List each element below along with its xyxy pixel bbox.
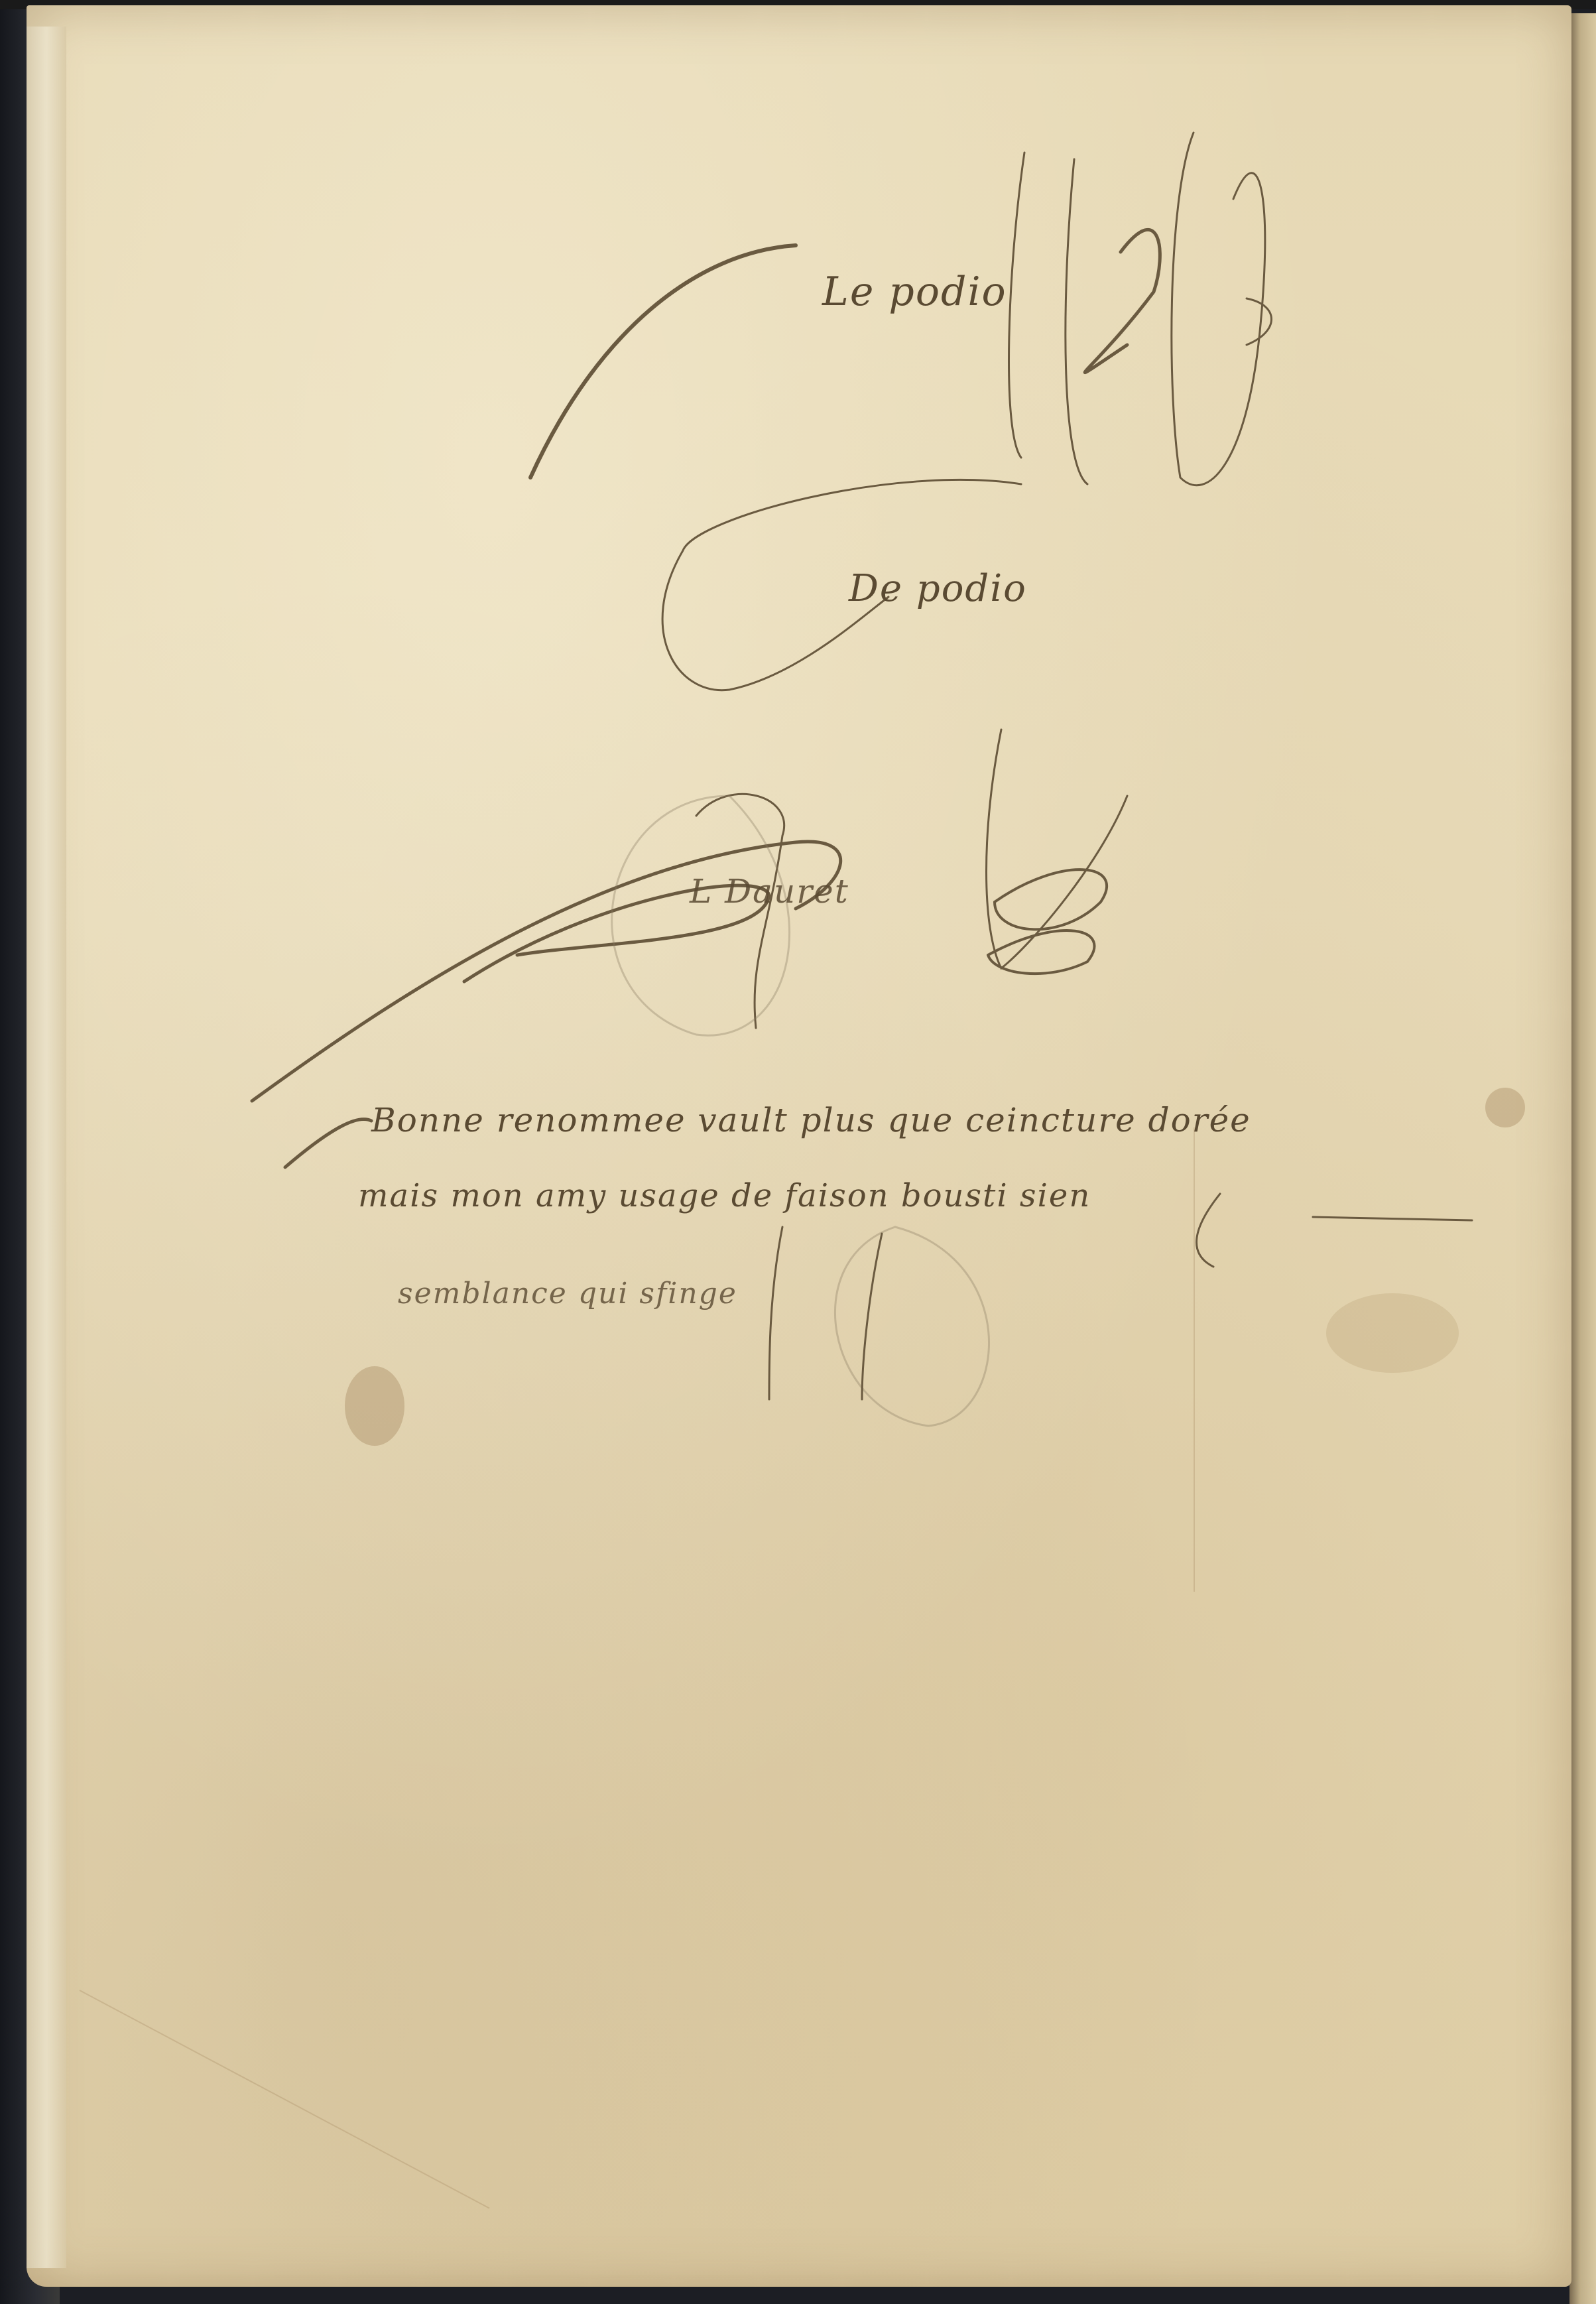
proverb-line-2: mais mon amy usage de faison bousti sien xyxy=(358,1177,1091,1214)
signature-le-podio: Le podio xyxy=(822,269,1007,315)
signature-de-podio: De podio xyxy=(849,567,1027,610)
ink-stain xyxy=(1326,1293,1459,1373)
proverb-line-1: Bonne renommee vault plus que ceincture … xyxy=(371,1101,1251,1139)
vertical-crease xyxy=(1194,1127,1195,1592)
page-frayed-edge xyxy=(27,27,66,2268)
ink-stain xyxy=(345,1366,404,1446)
page-right-edge xyxy=(1569,13,1596,2304)
ink-stain xyxy=(1485,1088,1525,1127)
signature-dauret: L Dauret xyxy=(690,872,849,911)
proverb-line-3: semblance qui sfinge xyxy=(398,1277,737,1311)
manuscript-page xyxy=(27,5,1571,2287)
